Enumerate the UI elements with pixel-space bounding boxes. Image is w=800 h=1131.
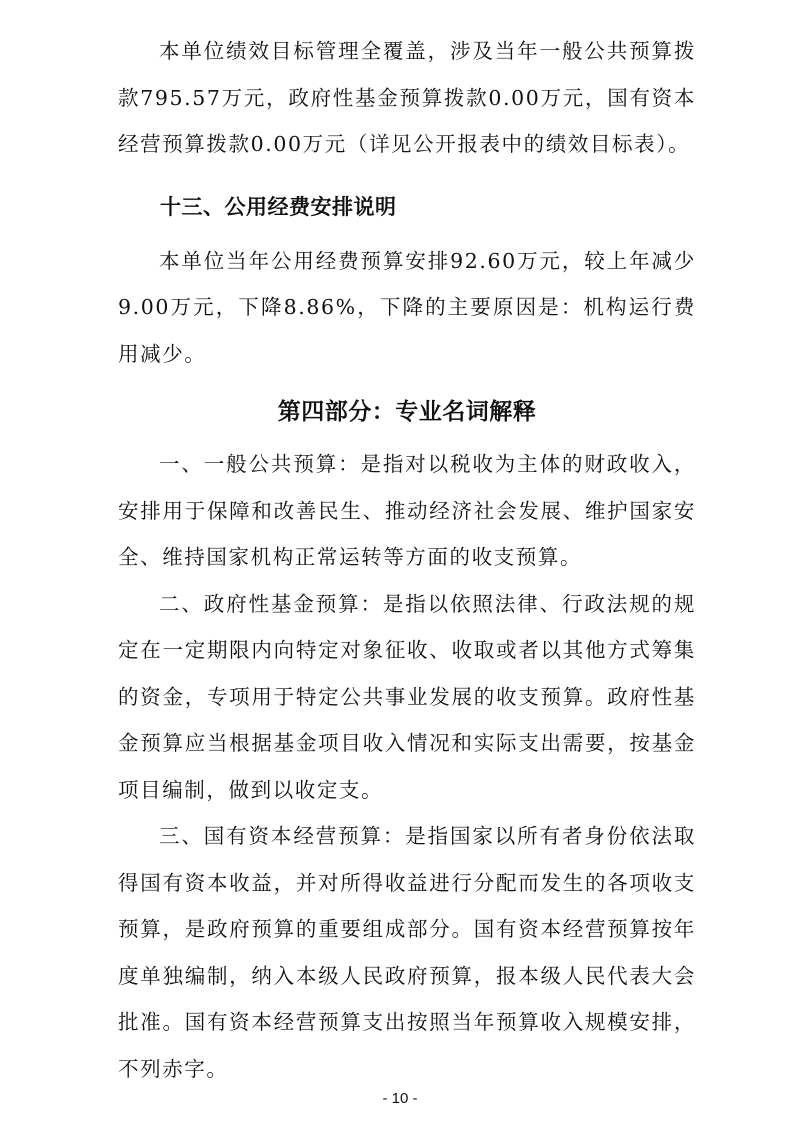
term-state-capital-budget: 三、国有资本经营预算：是指国家以所有者身份依法取得国有资本收益，并对所得收益进行… — [118, 813, 696, 1092]
section-13-heading: 十三、公用经费安排说明 — [118, 184, 696, 230]
term-general-public-budget: 一、一般公共预算：是指对以税收为主体的财政收入，安排用于保障和改善民生、推动经济… — [118, 441, 696, 581]
page-content: 本单位绩效目标管理全覆盖，涉及当年一般公共预算拨款795.57万元，政府性基金预… — [118, 28, 696, 1092]
document-page: 本单位绩效目标管理全覆盖，涉及当年一般公共预算拨款795.57万元，政府性基金预… — [0, 0, 800, 1131]
page-number: - 10 - — [0, 1090, 800, 1107]
section-13-body: 本单位当年公用经费预算安排92.60万元，较上年减少9.00万元，下降8.86%… — [118, 238, 696, 378]
term-government-fund-budget: 二、政府性基金预算：是指以依照法律、行政法规的规定在一定期限内向特定对象征收、收… — [118, 581, 696, 814]
performance-target-paragraph: 本单位绩效目标管理全覆盖，涉及当年一般公共预算拨款795.57万元，政府性基金预… — [118, 28, 696, 168]
part-4-title: 第四部分：专业名词解释 — [118, 389, 696, 435]
